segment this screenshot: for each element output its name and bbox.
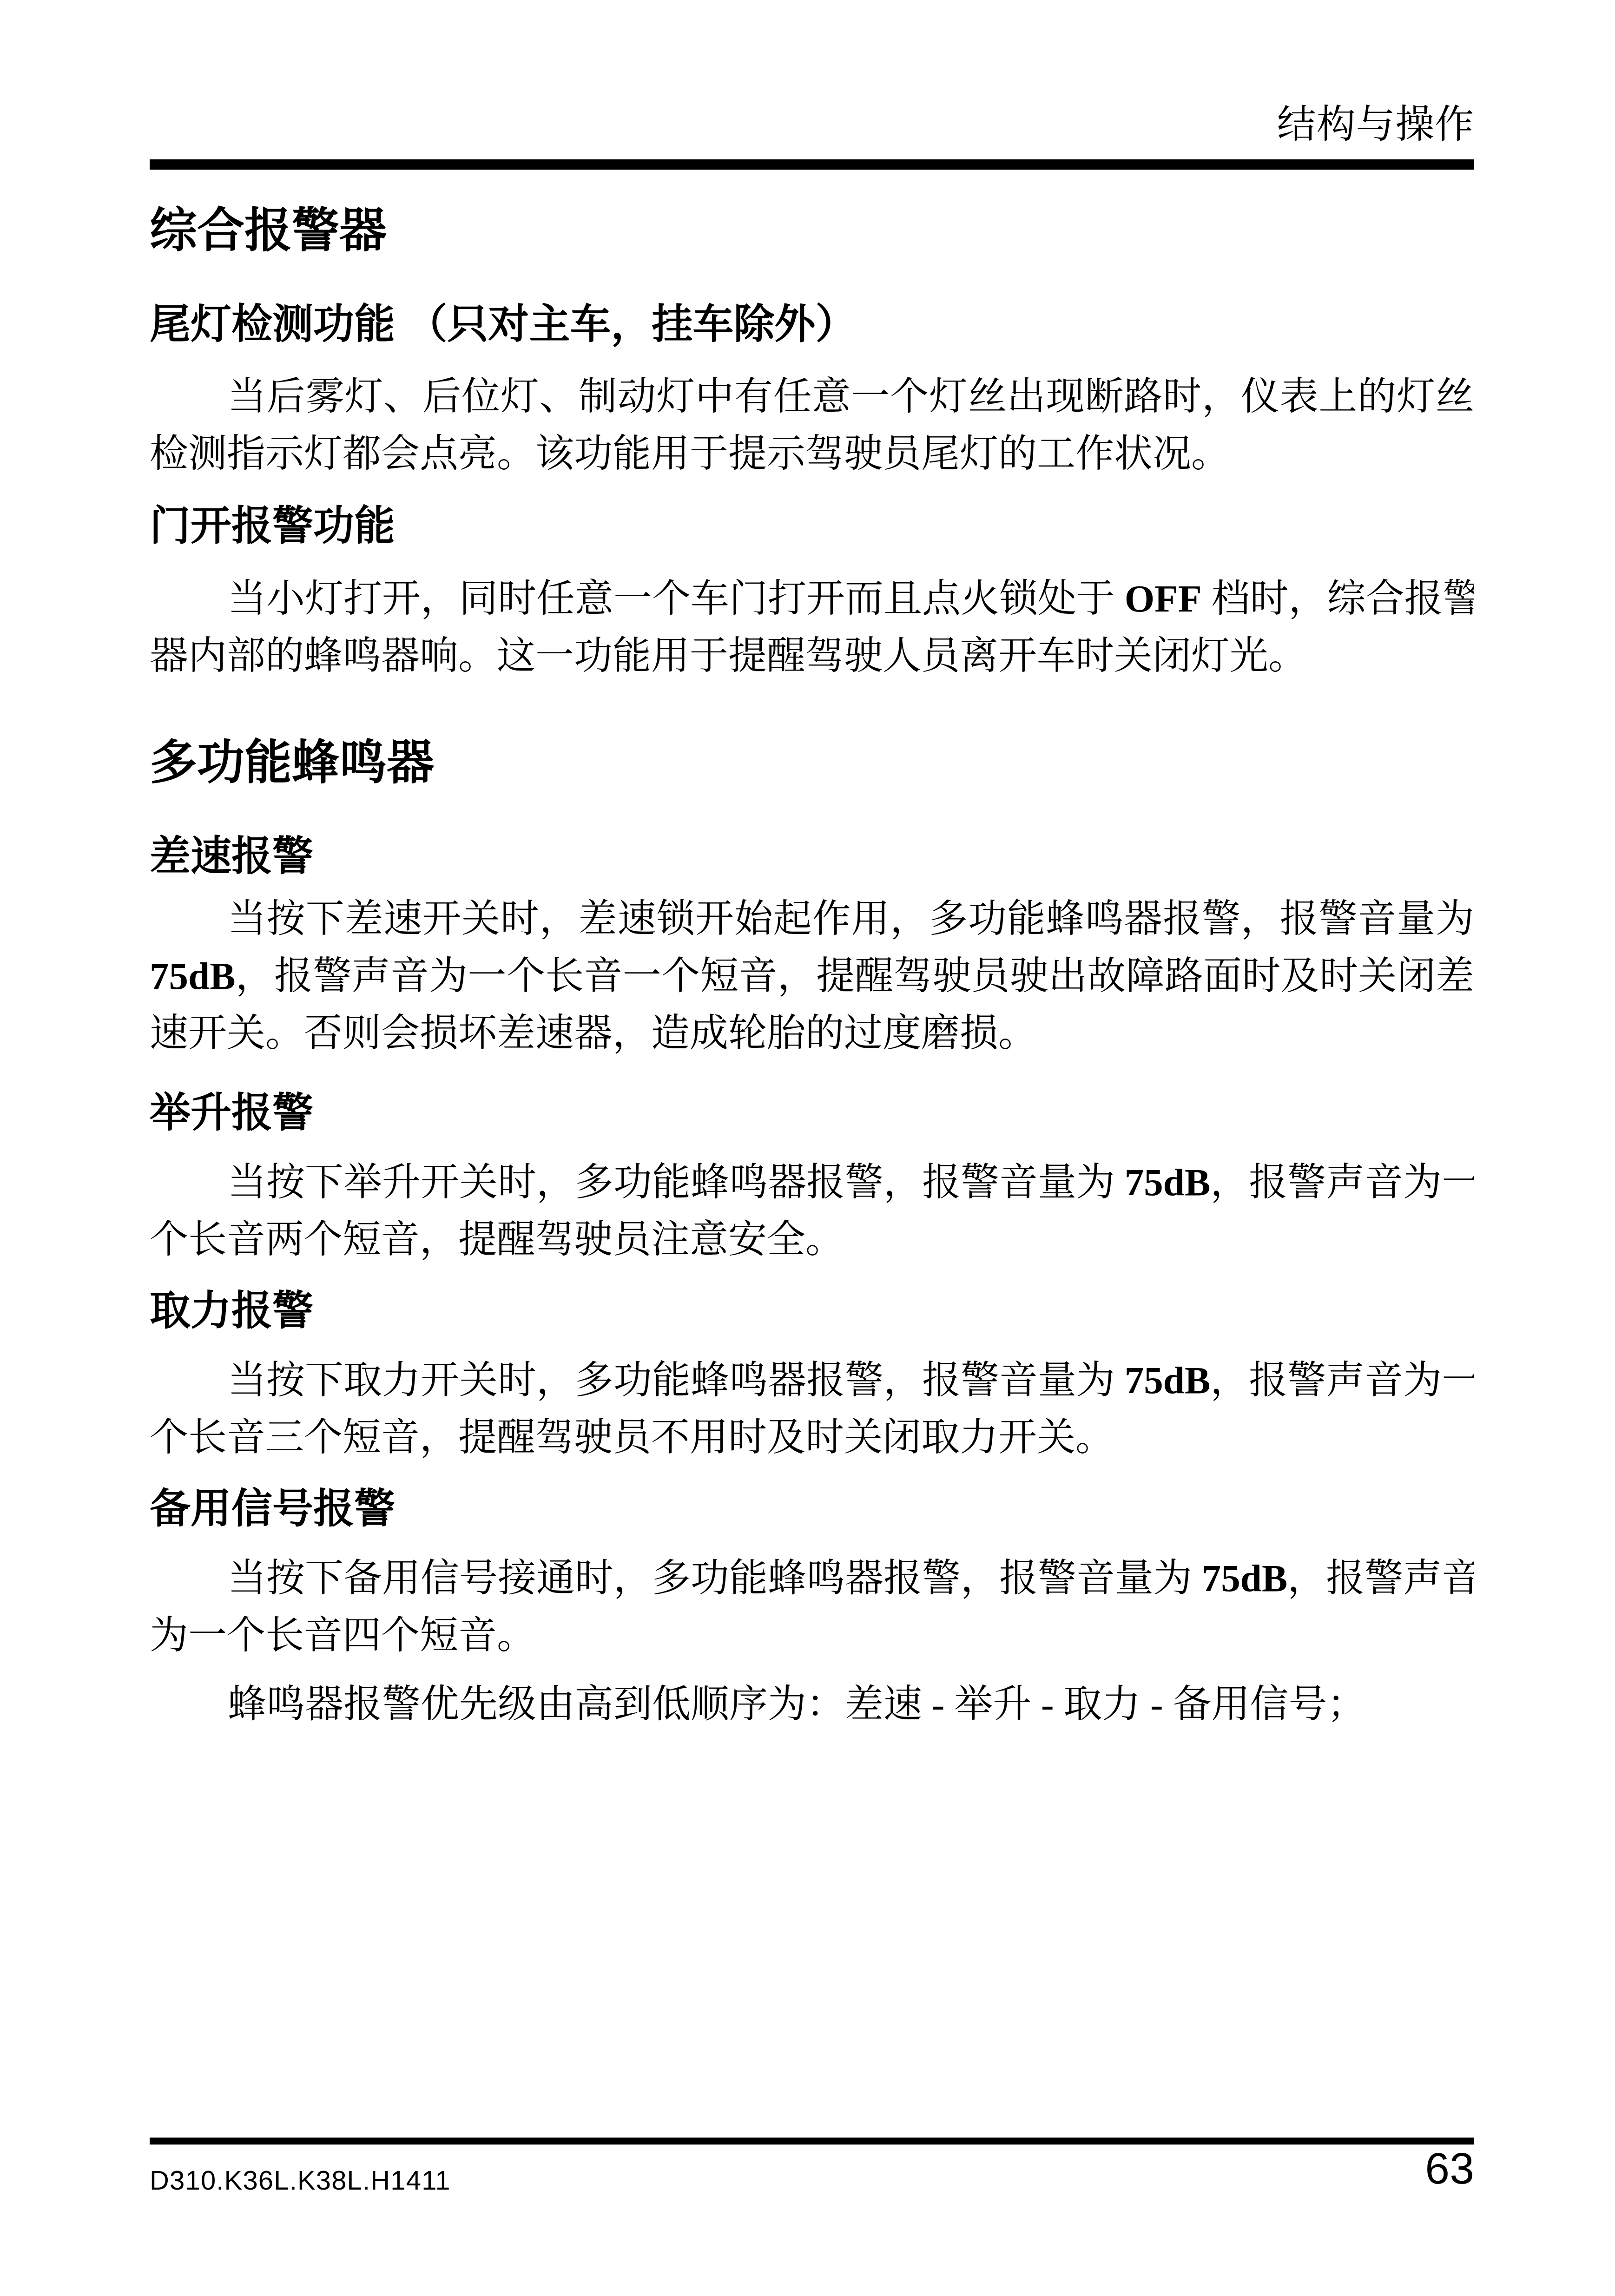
paragraph-line: 速开关。否则会损坏差速器，造成轮胎的过度磨损。: [150, 1005, 1474, 1062]
subsection-heading: 取力报警: [150, 1290, 1474, 1331]
subsection-heading: 举升报警: [150, 1092, 1474, 1133]
paragraph: 当按下备用信号接通时，多功能蜂鸣器报警，报警音量为 75dB，报警声音 为一个长…: [150, 1550, 1474, 1664]
paragraph-line: 蜂鸣器报警优先级由高到低顺序为：差速 - 举升 - 取力 - 备用信号；: [150, 1676, 1474, 1733]
paragraph-line: 75dB，报警声音为一个长音一个短音，提醒驾驶员驶出故障路面时及时关闭差: [150, 947, 1474, 1005]
paragraph: 当小灯打开，同时任意一个车门打开而且点火锁处于 OFF 档时，综合报警 器内部的…: [150, 570, 1474, 684]
page-content: 综合报警器 尾灯检测功能 （只对主车，挂车除外） 当后雾灯、后位灯、制动灯中有任…: [150, 207, 1474, 1733]
subsection-heading: 备用信号报警: [150, 1488, 1474, 1529]
footer-rule: [150, 2138, 1474, 2145]
paragraph-line: 当后雾灯、后位灯、制动灯中有任意一个灯丝出现断路时，仪表上的灯丝: [150, 368, 1474, 425]
paragraph-line: 当按下备用信号接通时，多功能蜂鸣器报警，报警音量为 75dB，报警声音: [150, 1550, 1474, 1607]
paragraph-line: 个长音两个短音，提醒驾驶员注意安全。: [150, 1211, 1474, 1268]
section-heading: 综合报警器: [150, 207, 1474, 254]
page-number: 63: [150, 2147, 1474, 2191]
section-heading: 多功能蜂鸣器: [150, 739, 1474, 786]
paragraph: 蜂鸣器报警优先级由高到低顺序为：差速 - 举升 - 取力 - 备用信号；: [150, 1676, 1474, 1733]
subsection-heading: 尾灯检测功能 （只对主车，挂车除外）: [150, 303, 1474, 344]
subsection-heading: 差速报警: [150, 836, 1474, 876]
manual-page: 结构与操作 综合报警器 尾灯检测功能 （只对主车，挂车除外） 当后雾灯、后位灯、…: [0, 0, 1615, 2296]
bold-term: OFF: [1125, 577, 1202, 620]
bold-term: 75dB: [150, 954, 236, 997]
paragraph: 当按下取力开关时，多功能蜂鸣器报警，报警音量为 75dB，报警声音为一 个长音三…: [150, 1352, 1474, 1466]
bold-term: 75dB: [1202, 1557, 1288, 1599]
paragraph: 当按下举升开关时，多功能蜂鸣器报警，报警音量为 75dB，报警声音为一 个长音两…: [150, 1154, 1474, 1268]
paragraph-line: 检测指示灯都会点亮。该功能用于提示驾驶员尾灯的工作状况。: [150, 425, 1474, 482]
page-header-chapter-title: 结构与操作: [150, 105, 1474, 144]
paragraph-line: 当小灯打开，同时任意一个车门打开而且点火锁处于 OFF 档时，综合报警: [150, 570, 1474, 627]
paragraph-line: 个长音三个短音，提醒驾驶员不用时及时关闭取力开关。: [150, 1409, 1474, 1466]
bold-term: 75dB: [1125, 1359, 1211, 1401]
paragraph-line: 当按下举升开关时，多功能蜂鸣器报警，报警音量为 75dB，报警声音为一: [150, 1154, 1474, 1211]
paragraph-line: 当按下取力开关时，多功能蜂鸣器报警，报警音量为 75dB，报警声音为一: [150, 1352, 1474, 1409]
header-rule: [150, 159, 1474, 170]
bold-term: 75dB: [1125, 1161, 1211, 1204]
paragraph-line: 当按下差速开关时，差速锁开始起作用，多功能蜂鸣器报警，报警音量为: [150, 890, 1474, 947]
paragraph-line: 器内部的蜂鸣器响。这一功能用于提醒驾驶人员离开车时关闭灯光。: [150, 627, 1474, 684]
paragraph: 当后雾灯、后位灯、制动灯中有任意一个灯丝出现断路时，仪表上的灯丝 检测指示灯都会…: [150, 368, 1474, 482]
paragraph: 当按下差速开关时，差速锁开始起作用，多功能蜂鸣器报警，报警音量为 75dB，报警…: [150, 890, 1474, 1062]
paragraph-line: 为一个长音四个短音。: [150, 1607, 1474, 1664]
subsection-heading: 门开报警功能: [150, 505, 1474, 546]
